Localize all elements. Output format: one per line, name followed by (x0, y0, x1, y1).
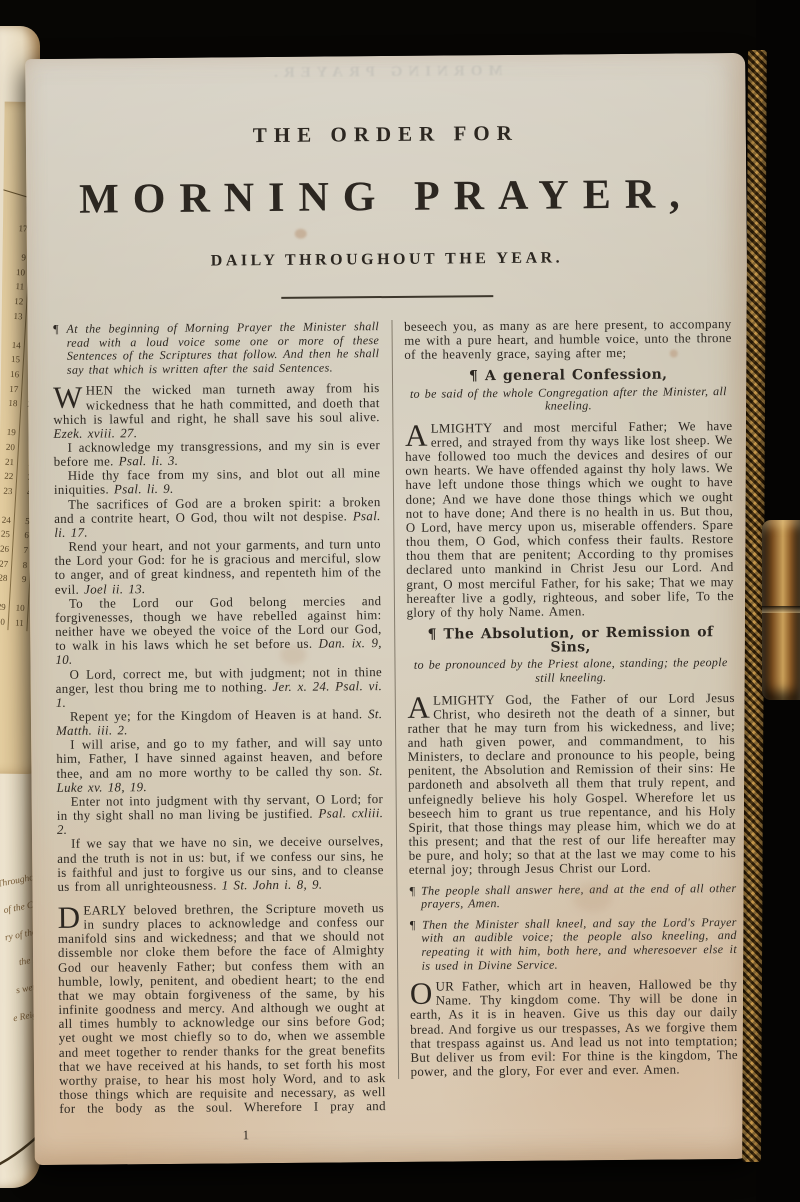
scripture-reference: Psal. li. 9. (114, 482, 174, 497)
drop-cap: O (410, 980, 436, 1006)
scripture-reference: Joel ii. 13. (84, 582, 146, 597)
scripture-sentence: If we say that we have no sin, we deceiv… (57, 834, 384, 893)
scripture-reference: Ezek. xviii. 27. (53, 426, 137, 441)
header-kicker: THE ORDER FOR (26, 119, 746, 150)
scripture-sentence: The sacrifices of God are a broken spiri… (54, 495, 381, 540)
prayer-text: LMIGHTY God, the Father of our Lord Jesu… (407, 690, 736, 877)
sentence-text: I will arise, and go to my father, and w… (56, 735, 383, 780)
scripture-reference: Psal. li. 3. (119, 454, 179, 469)
lords-prayer-rubric: ¶ Then the Minister shall kneel, and say… (409, 916, 737, 973)
right-column: beseech you, as many as are here present… (391, 317, 738, 1079)
text-columns: ¶ At the beginning of Morning Prayer the… (27, 317, 754, 1117)
absolution-heading: ¶ The Absolution, or Remission of Sins, (407, 625, 735, 656)
exhortation-paragraph: DEARLY beloved brethren, the Scripture m… (58, 901, 386, 1116)
scripture-sentence: WHEN the wicked man turneth away from hi… (53, 381, 380, 440)
scripture-reference: 1 St. John i. 8, 9. (222, 877, 323, 892)
sentence-text: I acknowledge my transgressions, and my … (54, 438, 381, 469)
drop-cap: W (53, 384, 86, 410)
scripture-sentence: O Lord, correct me, but with judgment; n… (55, 665, 382, 710)
drop-cap: A (405, 421, 431, 447)
scripture-sentence: Hide thy face from my sins, and blot out… (54, 466, 381, 497)
left-column: ¶ At the beginning of Morning Prayer the… (52, 320, 385, 1116)
sentence-text: Hide thy face from my sins, and blot out… (54, 466, 381, 497)
prayer-text: LMIGHTY and most merciful Father; We hav… (405, 419, 734, 620)
rubric: ¶ At the beginning of Morning Prayer the… (52, 320, 379, 377)
confession-heading: ¶ A general Confession, (404, 367, 732, 384)
page-title: MORNING PRAYER, (26, 170, 746, 224)
sentence-text: HEN the wicked man turneth away from his… (53, 381, 380, 426)
answer-rubric: ¶ The people shall answer here, and at t… (409, 882, 737, 912)
photograph-of-open-prayer-book: { "header": { "kicker": "THE ORDER FOR",… (0, 0, 800, 1202)
scripture-sentence: Rend your heart, and not your garments, … (54, 537, 381, 596)
confession-prayer: ALMIGHTY and most merciful Father; We ha… (405, 419, 734, 620)
exhortation-text: EARLY beloved brethren, the Scripture mo… (58, 901, 386, 1116)
lords-prayer: OUR Father, which art in heaven, Hallowe… (410, 977, 738, 1079)
header-rule (281, 295, 493, 299)
absolution-prayer: ALMIGHTY God, the Father of our Lord Jes… (407, 690, 736, 877)
absolution-rubric: to be pronounced by the Priest alone, st… (407, 656, 735, 686)
scripture-sentence: Enter not into judgment with thy servant… (57, 792, 384, 837)
scripture-sentence: Repent ye; for the Kingdom of Heaven is … (56, 707, 383, 738)
confession-rubric: to be said of the whole Congregation aft… (405, 385, 733, 415)
exhortation-continuation: beseech you, as many as are here present… (404, 317, 732, 362)
scripture-sentence: I acknowledge my transgressions, and my … (54, 438, 381, 469)
sentence-text: The sacrifices of God are a broken spiri… (54, 495, 381, 526)
scripture-sentence: I will arise, and go to my father, and w… (56, 735, 383, 794)
brass-clasp (762, 520, 800, 700)
page-header: THE ORDER FOR MORNING PRAYER, DAILY THRO… (25, 53, 747, 301)
page-subtitle: DAILY THROUGHOUT THE YEAR. (27, 248, 747, 272)
drop-cap: A (407, 693, 433, 719)
scripture-sentence: To the Lord our God belong mercies and f… (55, 594, 382, 668)
prayer-text: UR Father, which art in heaven, Hallowed… (410, 977, 738, 1079)
book-page: MORNING PRAYER. THE ORDER FOR MORNING PR… (25, 53, 755, 1165)
sentence-text: Repent ye; for the Kingdom of Heaven is … (70, 707, 363, 724)
clasp-groove (762, 606, 800, 613)
page-number: 1 (243, 1127, 250, 1143)
drop-cap: D (58, 904, 84, 930)
